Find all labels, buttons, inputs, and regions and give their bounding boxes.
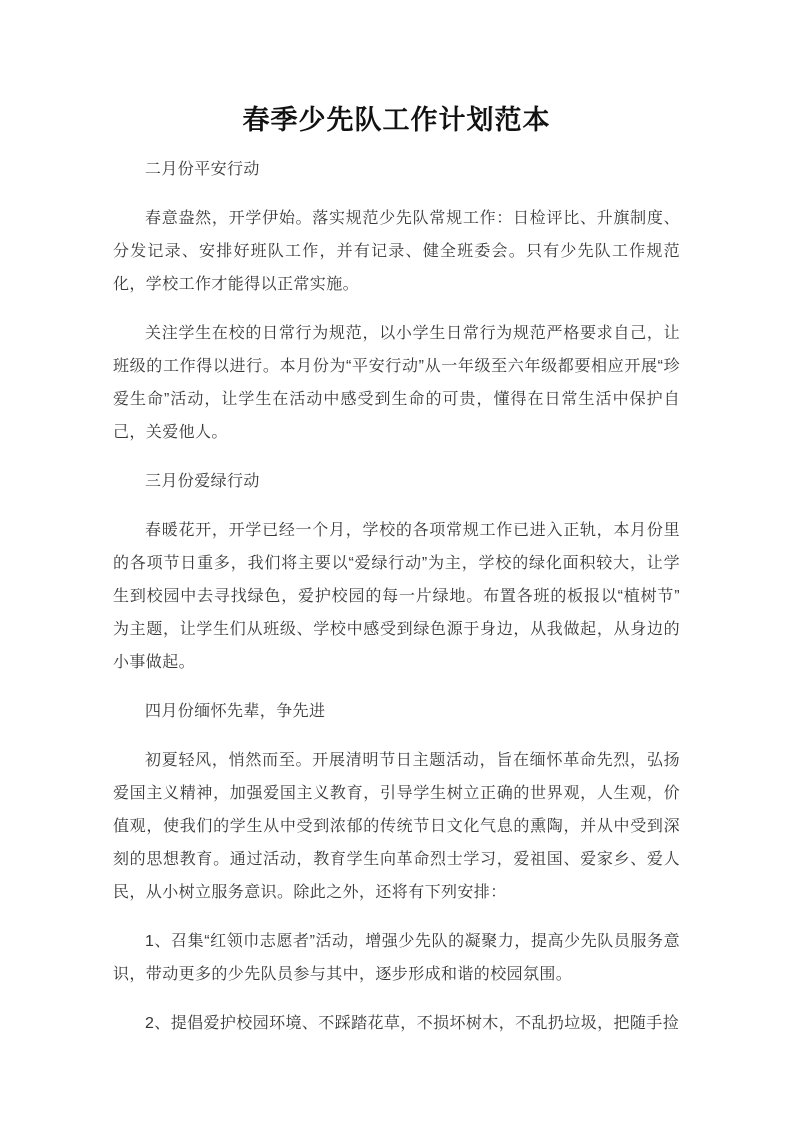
paragraph-february-2: 关注学生在校的日常行为规范，以小学生日常行为规范严格要求自己，让班级的工作得以进… <box>113 317 680 449</box>
document-title: 春季少先队工作计划范本 <box>113 98 680 142</box>
section-heading-february: 二月份平安行动 <box>113 153 680 186</box>
document-page: 春季少先队工作计划范本 二月份平安行动 春意盎然，开学伊始。落实规范少先队常规工… <box>0 0 793 1122</box>
section-heading-april: 四月份缅怀先辈，争先进 <box>113 695 680 728</box>
list-item-2: 2、提倡爱护校园环境、不踩踏花草，不损坏树木，不乱扔垃圾，把随手捡 <box>113 1007 680 1040</box>
section-heading-march: 三月份爱绿行动 <box>113 465 680 498</box>
list-item-1: 1、召集“红领巾志愿者”活动，增强少先队的凝聚力，提高少先队员服务意识，带动更多… <box>113 925 680 991</box>
paragraph-march-1: 春暖花开，开学已经一个月，学校的各项常规工作已进入正轨，本月份里的各项节日重多，… <box>113 514 680 679</box>
document-body: 二月份平安行动 春意盎然，开学伊始。落实规范少先队常规工作：日检评比、升旗制度、… <box>113 153 680 1040</box>
paragraph-april-1: 初夏轻风，悄然而至。开展清明节日主题活动，旨在缅怀革命先烈，弘扬爱国主义精神，加… <box>113 744 680 909</box>
paragraph-february-1: 春意盎然，开学伊始。落实规范少先队常规工作：日检评比、升旗制度、分发记录、安排好… <box>113 202 680 301</box>
